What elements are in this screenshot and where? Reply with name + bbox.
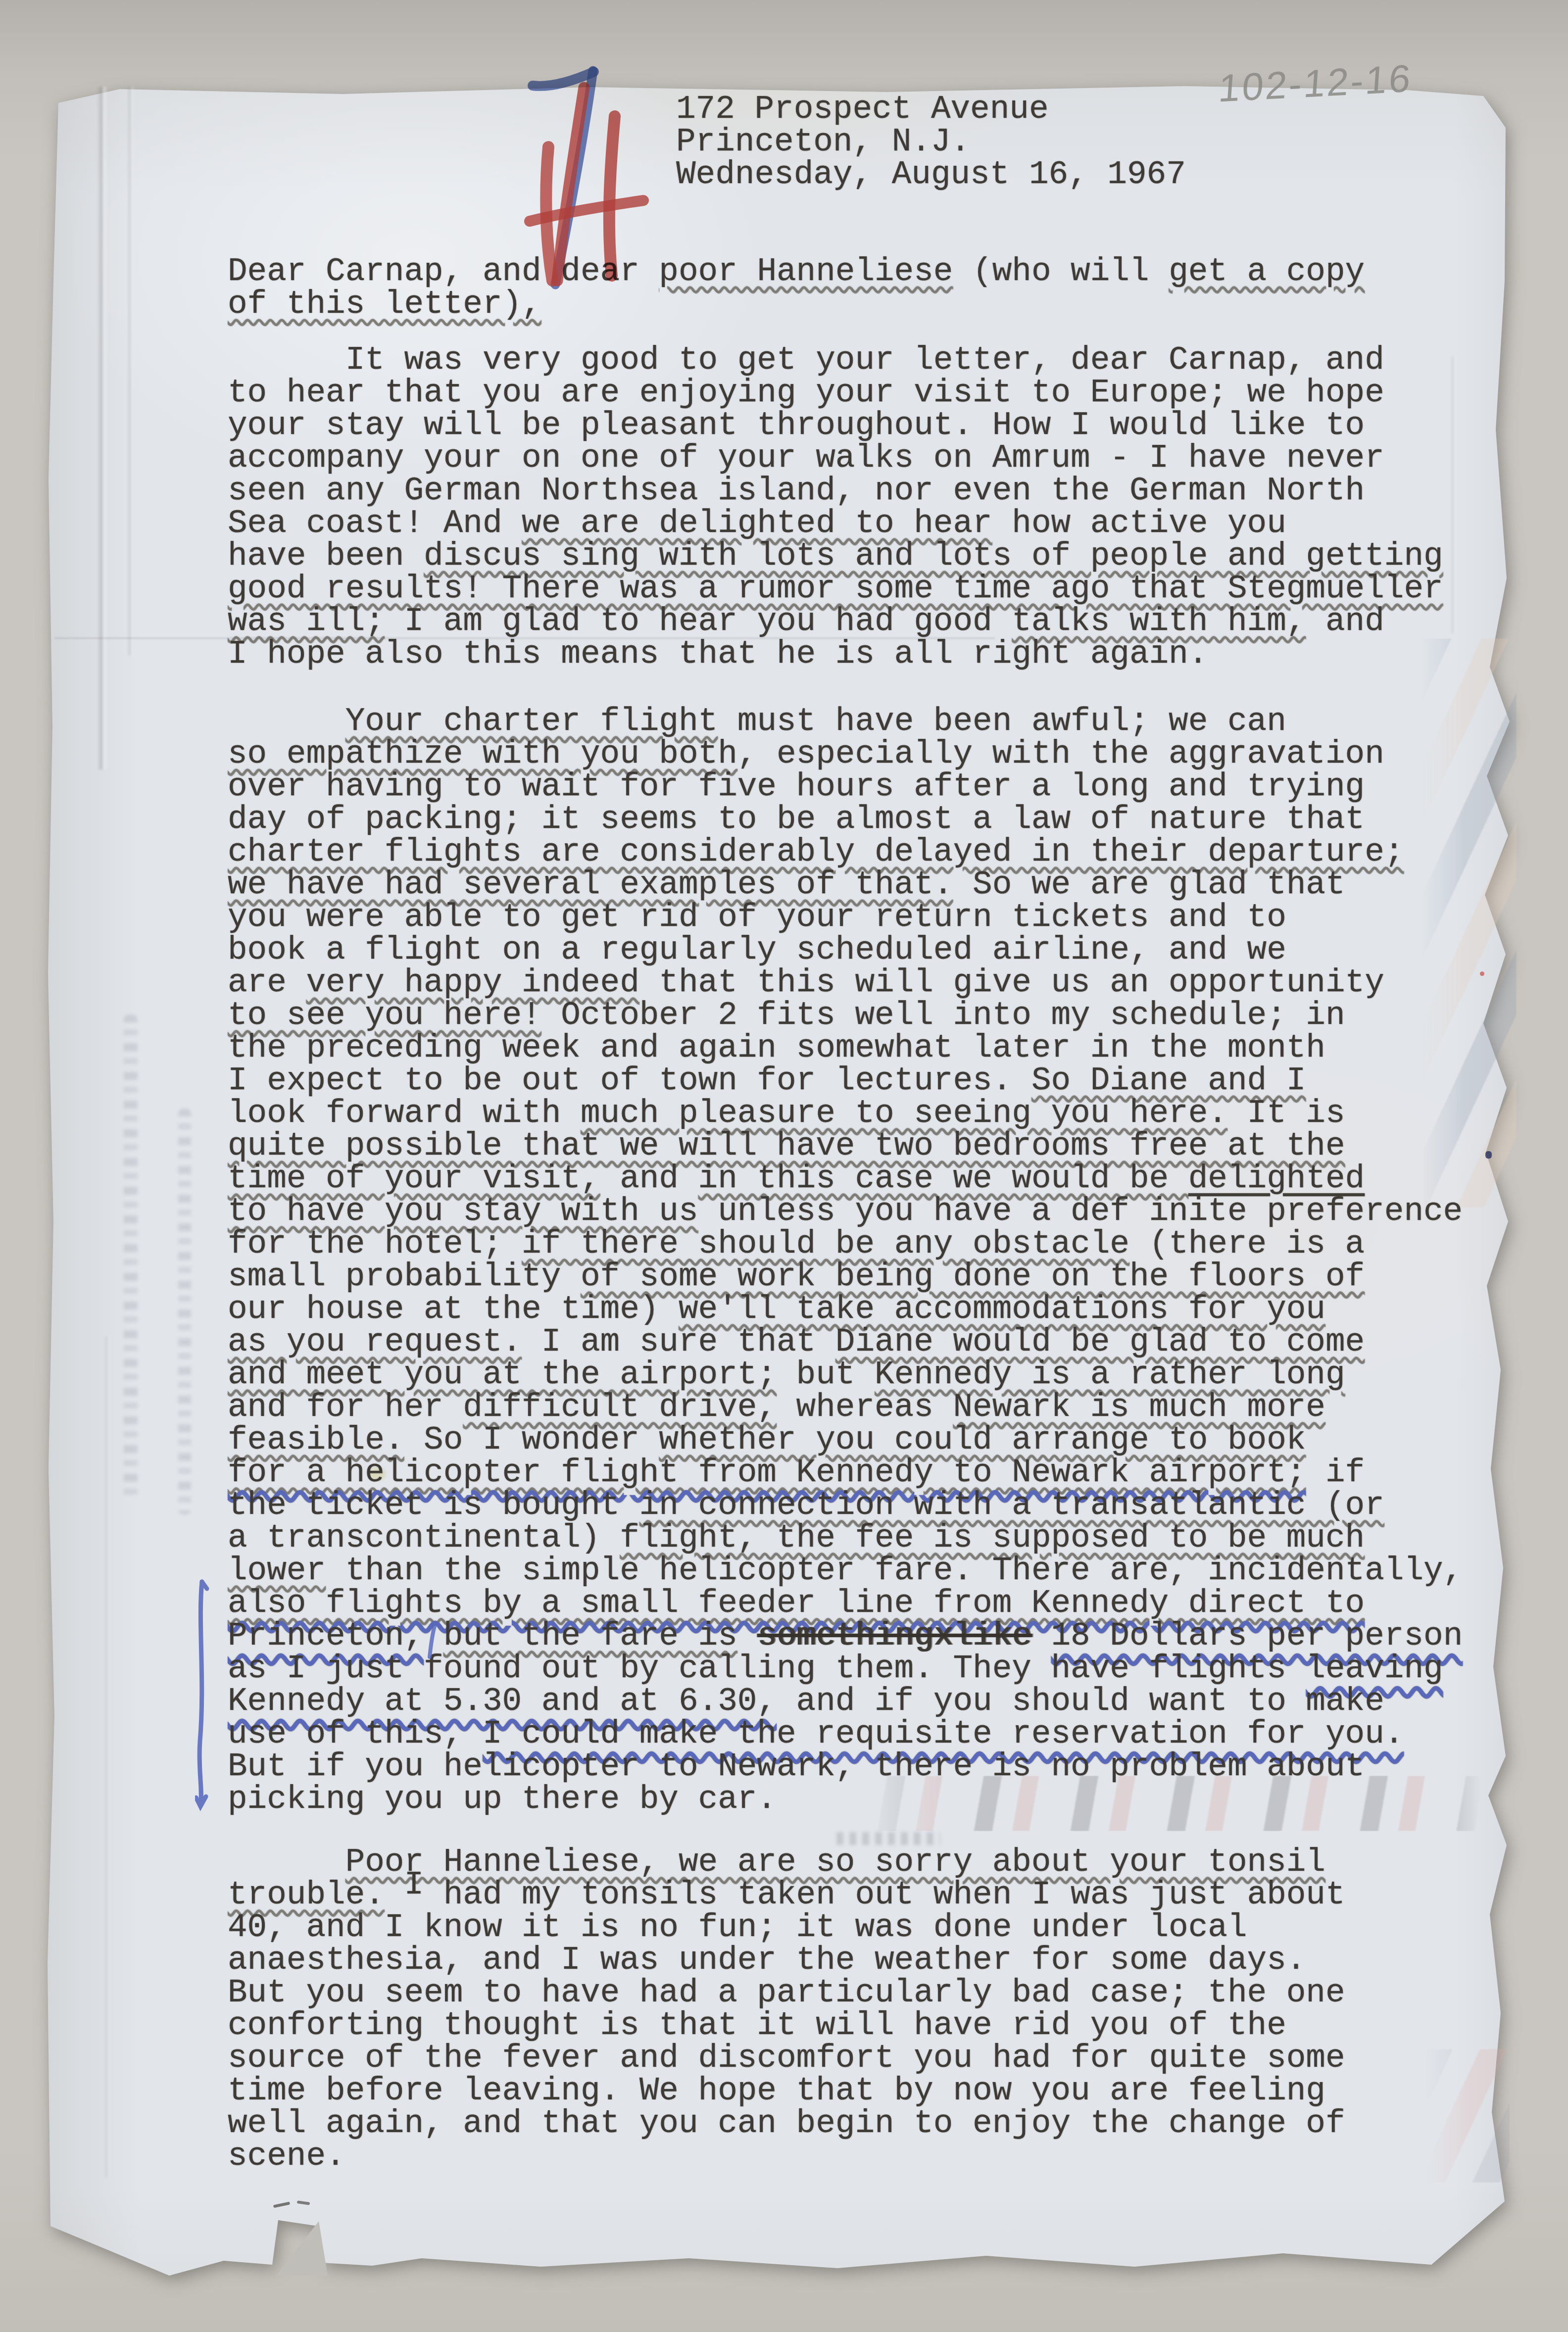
- typed-line: for a helicopter flight from Kennedy to …: [228, 1457, 1463, 1489]
- typed-line: picking you up there by car.: [228, 1783, 1463, 1816]
- paragraph-3: Poor Hanneliese, we are so sorry about y…: [228, 1846, 1345, 2173]
- typed-line: as you request. I am sure that Diane wou…: [228, 1326, 1463, 1359]
- typed-segment-u: to see you here!: [228, 997, 541, 1034]
- typed-line: Sea coast! And we are delighted to hear …: [228, 507, 1443, 540]
- typed-segment-u: Diane would be glad to come: [835, 1323, 1365, 1360]
- typed-segment-u: in this case we would be: [698, 1160, 1188, 1197]
- typed-line: a transcontinental) flight, the fee is s…: [228, 1522, 1463, 1555]
- typed-line: to have you stay with us unless you have…: [228, 1195, 1463, 1228]
- typed-line: as I just found out by calling them. The…: [228, 1652, 1463, 1685]
- typed-segment-u: Newark is much more: [953, 1389, 1325, 1426]
- typed-line: look forward with much pleasure to seein…: [228, 1097, 1463, 1130]
- typed-line: you were able to get rid of your return …: [228, 901, 1463, 934]
- typed-segment-u: so empathize with you both: [228, 735, 737, 773]
- typed-segment-r: I: [404, 1866, 424, 1903]
- typed-line: day of packing; it seems to be almost a …: [228, 803, 1463, 836]
- typed-line: But you seem to have had a particularly …: [228, 1977, 1345, 2009]
- typed-line: time of your visit, and in this case we …: [228, 1163, 1463, 1195]
- typed-line: time before leaving. We hope that by now…: [228, 2075, 1345, 2107]
- typed-line: use of this, I could make the requisite …: [228, 1718, 1463, 1750]
- typed-segment-u: Kennedy is a rather long: [875, 1356, 1345, 1393]
- typed-segment-u: for a helicopter flight from Kennedy to …: [228, 1454, 1306, 1491]
- paragraph-2: Your charter flight must have been awful…: [228, 705, 1463, 1816]
- typed-line: Dear Carnap, and dear poor Hanneliese (w…: [228, 255, 1365, 288]
- typed-line: trouble. I had my tonsils taken out when…: [228, 1879, 1345, 1911]
- typed-line: Princeton, but the fare is somethingxlik…: [228, 1620, 1463, 1652]
- typed-line: the preceding week and again somewhat la…: [228, 1032, 1463, 1065]
- typed-line: are very happy indeed that this will giv…: [228, 967, 1463, 999]
- typed-line: quite possible that we will have two bed…: [228, 1130, 1463, 1163]
- typed-segment-u: was ill;: [228, 603, 385, 640]
- typed-line: charter flights are considerably delayed…: [228, 836, 1463, 869]
- typed-segment-u: get a copy: [1169, 253, 1365, 290]
- typed-line: to hear that you are enjoying your visit…: [228, 377, 1443, 409]
- typed-segment-u: So Diane and I: [1031, 1062, 1306, 1099]
- typed-segment-b: Princeton,: [228, 1617, 424, 1654]
- typed-line: have been discus sing with lots and lots…: [228, 540, 1443, 573]
- date-line: Wednesday, August 16, 1967: [676, 158, 1186, 191]
- typed-segment-b: leaving: [1306, 1650, 1443, 1687]
- scanned-letter-page: { "page": { "archive_number": "102-12-16…: [0, 0, 1568, 2332]
- typed-segment-u: flight, the fee is supposed to be much: [620, 1519, 1365, 1556]
- address-block: 172 Prospect Avenue Princeton, N.J. Wedn…: [676, 93, 1186, 191]
- typed-line: Your charter flight must have been awful…: [228, 705, 1463, 738]
- typed-segment-b: I could make the requisite reservation f…: [483, 1715, 1404, 1752]
- typed-line: small probability of some work being don…: [228, 1261, 1463, 1293]
- typed-line: I expect to be out of town for lectures.…: [228, 1065, 1463, 1097]
- typed-segment-u: we'll take accommodations for you: [679, 1291, 1325, 1328]
- typed-segment-u: whether you could arrange to book: [659, 1421, 1306, 1458]
- typed-segment-u: charter flights are considerably delayed…: [228, 833, 1404, 871]
- typed-segment-u: Poor Hanneliese, we are so sorry about y…: [345, 1844, 1325, 1881]
- salutation: Dear Carnap, and dear poor Hanneliese (w…: [228, 255, 1365, 321]
- typed-segment-u: but the fare is: [443, 1617, 737, 1654]
- typed-line: for the hotel; if there should be any ob…: [228, 1228, 1463, 1261]
- typed-segment-u: quite possible that we will have two bed…: [228, 1127, 1345, 1165]
- typed-segment-u: of this letter),: [228, 286, 541, 323]
- typed-line: good results! There was a rumor some tim…: [228, 573, 1443, 605]
- paragraph-1: It was very good to get your letter, dea…: [228, 344, 1443, 671]
- address-line-2: Princeton, N.J.: [676, 126, 1186, 158]
- typed-segment-u: Your charter flight: [345, 703, 718, 740]
- typed-line: scene.: [228, 2140, 1345, 2173]
- typed-segment-b: 18 Dollars per person: [1051, 1617, 1463, 1654]
- typed-line: It was very good to get your letter, dea…: [228, 344, 1443, 377]
- typed-line: anaesthesia, and I was under the weather…: [228, 1944, 1345, 1977]
- typed-segment-u: trouble.: [228, 1876, 385, 1913]
- typed-line: book a flight on a regularly scheduled a…: [228, 934, 1463, 967]
- typed-segment-u: feasible.: [228, 1421, 404, 1458]
- typed-line: so empathize with you both, especially w…: [228, 738, 1463, 771]
- typed-segment-u: also flights by a small feeder line from…: [228, 1585, 1365, 1622]
- typed-segment-b: Kennedy at 5.30 and at 6.30,: [228, 1683, 777, 1720]
- typed-line: accompany your on one of your walks on A…: [228, 442, 1443, 475]
- typed-line: our house at the time) we'll take accomm…: [228, 1293, 1463, 1326]
- typed-line: lower than the simple helicopter fare. T…: [228, 1555, 1463, 1587]
- typed-segment-u: poor Hanneliese: [659, 253, 953, 290]
- typed-line: feasible. So I wonder whether you could …: [228, 1424, 1463, 1457]
- typed-line: was ill; I am glad to hear you had good …: [228, 605, 1443, 638]
- typed-line: source of the fever and discomfort you h…: [228, 2042, 1345, 2075]
- typed-line: the ticket is bought in connection with …: [228, 1489, 1463, 1522]
- typed-line: Kennedy at 5.30 and at 6.30, and if you …: [228, 1685, 1463, 1718]
- typed-line: conforting thought is that it will have …: [228, 2009, 1345, 2042]
- typed-segment-u: of some work being done on the floors of: [581, 1258, 1365, 1295]
- typed-segment-u: very happy indeed: [306, 964, 639, 1001]
- typed-segment-s: delighted: [1188, 1160, 1365, 1197]
- typed-line: and meet you at the airport; but Kennedy…: [228, 1359, 1463, 1391]
- typed-segment-u: if there should be any obstacle: [522, 1225, 1129, 1263]
- typed-segment-u: to have you stay with us: [228, 1193, 698, 1230]
- typed-segment-u: and meet you at the airport;: [228, 1356, 777, 1393]
- typed-segment-u: much pleasure to seeing you here.: [581, 1095, 1227, 1132]
- typed-line: Poor Hanneliese, we are so sorry about y…: [228, 1846, 1345, 1879]
- typed-segment-u: we have had several examples of that.: [228, 866, 953, 903]
- archive-number: 102-12-16: [1217, 58, 1414, 108]
- typed-segment-x: somethingxlike: [757, 1617, 1031, 1654]
- typed-segment-b: for a helicopter flight from Kennedy to …: [228, 1454, 1306, 1491]
- typed-line: well again, and that you can begin to en…: [228, 2107, 1345, 2140]
- typed-segment-u: lower: [228, 1552, 326, 1589]
- typed-line: and for her difficult drive, whereas New…: [228, 1391, 1463, 1424]
- typed-line: also flights by a small feeder line from…: [228, 1587, 1463, 1620]
- address-line-1: 172 Prospect Avenue: [676, 93, 1186, 126]
- typed-segment-u: as you request.: [228, 1323, 522, 1360]
- typed-line: we have had several examples of that. So…: [228, 869, 1463, 901]
- typed-segment-u: discus sing with lots and lots of people…: [424, 537, 1443, 575]
- typed-line: of this letter),: [228, 288, 1365, 321]
- typed-segment-b: also flights by a small feeder line from…: [228, 1585, 1365, 1622]
- typed-line: But if you helicopter to Newark, there i…: [228, 1750, 1463, 1783]
- typed-segment-u: time of your visit,: [228, 1160, 600, 1197]
- typed-segment-u: good results! There was a rumor some tim…: [228, 570, 1443, 607]
- typed-segment-u: talks with him,: [1012, 603, 1306, 640]
- typed-segment-u: difficult drive,: [463, 1389, 777, 1426]
- typed-line: seen any German Northsea island, nor eve…: [228, 475, 1443, 507]
- typed-line: to see you here! October 2 fits well int…: [228, 999, 1463, 1032]
- typed-line: I hope also this means that he is all ri…: [228, 638, 1443, 671]
- typed-segment-u: we are delighted to hear: [522, 505, 992, 542]
- typed-line: your stay will be pleasant throughout. H…: [228, 409, 1443, 442]
- typed-segment-u: in connection with a transatlantic (or: [639, 1487, 1384, 1524]
- typed-line: over having to wait for five hours after…: [228, 771, 1463, 803]
- typed-line: 40, and I know it is no fun; it was done…: [228, 1911, 1345, 1944]
